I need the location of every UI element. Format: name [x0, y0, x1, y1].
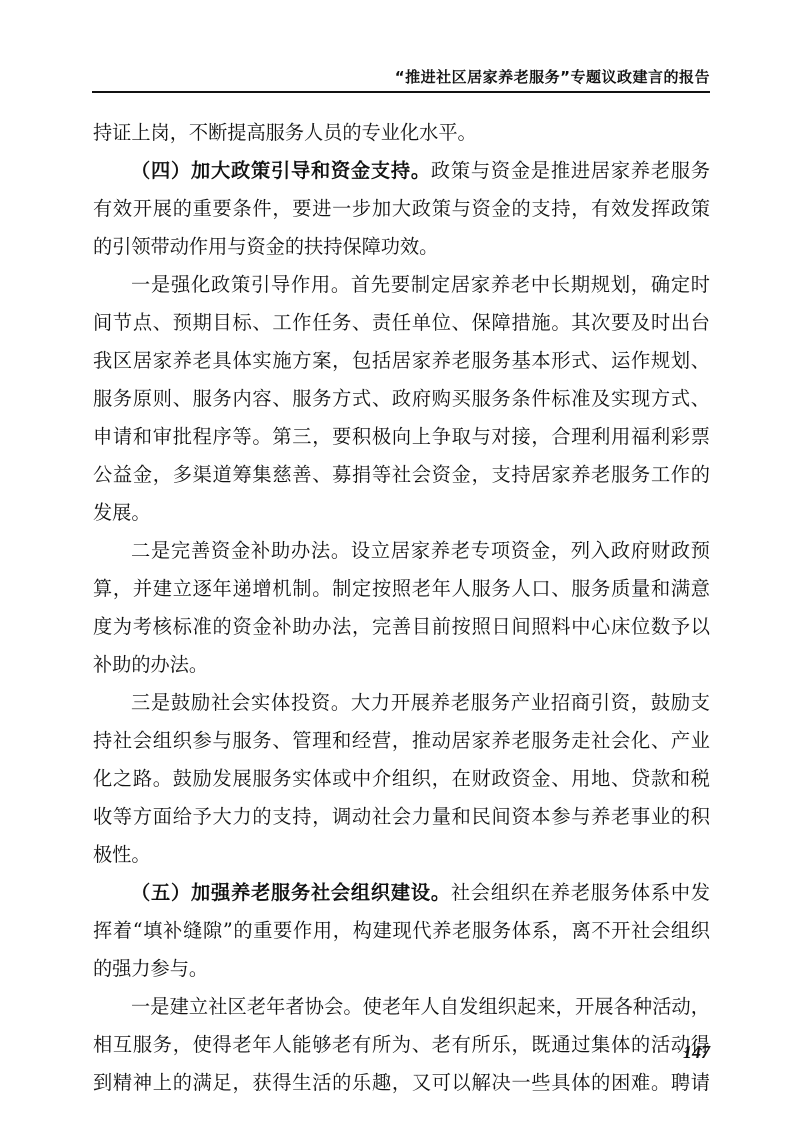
section-heading-line: （五）加强养老服务社会组织建设。社会组织在养老服务体系中发 [93, 874, 710, 912]
text-line: 相互服务，使得老年人能够老有所为、老有所乐，既通过集体的活动得 [93, 1026, 710, 1064]
section-heading-4: （四）加大政策引导和资金支持。 [131, 159, 431, 182]
text-line: 到精神上的满足，获得生活的乐趣，又可以解决一些具体的困难。聘请 [93, 1064, 710, 1102]
text-line: 我区居家养老具体实施方案，包括居家养老服务基本形式、运作规划、 [93, 342, 710, 380]
text-line: 二是完善资金补助办法。设立居家养老专项资金，列入政府财政预 [93, 532, 710, 570]
text-line: 一是强化政策引导作用。首先要制定居家养老中长期规划，确定时 [93, 266, 710, 304]
text-line: 持社会组织参与服务、管理和经营，推动居家养老服务走社会化、产业 [93, 722, 710, 760]
header-rule [92, 91, 710, 93]
text-line: 持证上岗，不断提高服务人员的专业化水平。 [93, 114, 710, 152]
running-head: “推进社区居家养老服务”专题议政建言的报告 [92, 66, 710, 87]
text-line: 服务原则、服务内容、服务方式、政府购买服务条件标准及实现方式、 [93, 380, 710, 418]
section-heading-line: （四）加大政策引导和资金支持。政策与资金是推进居家养老服务 [93, 152, 710, 190]
text-line: 三是鼓励社会实体投资。大力开展养老服务产业招商引资，鼓励支 [93, 684, 710, 722]
text-line: 度为考核标准的资金补助办法，完善目前按照日间照料中心床位数予以 [93, 608, 710, 646]
text-line: 公益金，多渠道筹集慈善、募捐等社会资金，支持居家养老服务工作的 [93, 456, 710, 494]
text-span: 政策与资金是推进居家养老服务 [431, 159, 710, 182]
text-line: 的强力参与。 [93, 950, 710, 988]
text-line: 间节点、预期目标、工作任务、责任单位、保障措施。其次要及时出台 [93, 304, 710, 342]
text-line: 申请和审批程序等。第三，要积极向上争取与对接，合理利用福利彩票 [93, 418, 710, 456]
text-line: 算，并建立逐年递增机制。制定按照老年人服务人口、服务质量和满意 [93, 570, 710, 608]
text-span: 社会组织在养老服务体系中发 [451, 881, 710, 904]
body-text: 持证上岗，不断提高服务人员的专业化水平。 （四）加大政策引导和资金支持。政策与资… [93, 114, 710, 1102]
text-line: 的引领带动作用与资金的扶持保障功效。 [93, 228, 710, 266]
page-number: 147 [660, 1042, 710, 1063]
text-line: 一是建立社区老年者协会。使老年人自发组织起来，开展各种活动， [93, 988, 710, 1026]
text-line: 挥着“填补缝隙”的重要作用，构建现代养老服务体系，离不开社会组织 [93, 912, 710, 950]
section-heading-5: （五）加强养老服务社会组织建设。 [131, 881, 451, 904]
text-line: 发展。 [93, 494, 710, 532]
text-line: 化之路。鼓励发展服务实体或中介组织，在财政资金、用地、贷款和税 [93, 760, 710, 798]
text-line: 补助的办法。 [93, 646, 710, 684]
text-line: 极性。 [93, 836, 710, 874]
text-line: 有效开展的重要条件，要进一步加大政策与资金的支持，有效发挥政策 [93, 190, 710, 228]
text-line: 收等方面给予大力的支持，调动社会力量和民间资本参与养老事业的积 [93, 798, 710, 836]
